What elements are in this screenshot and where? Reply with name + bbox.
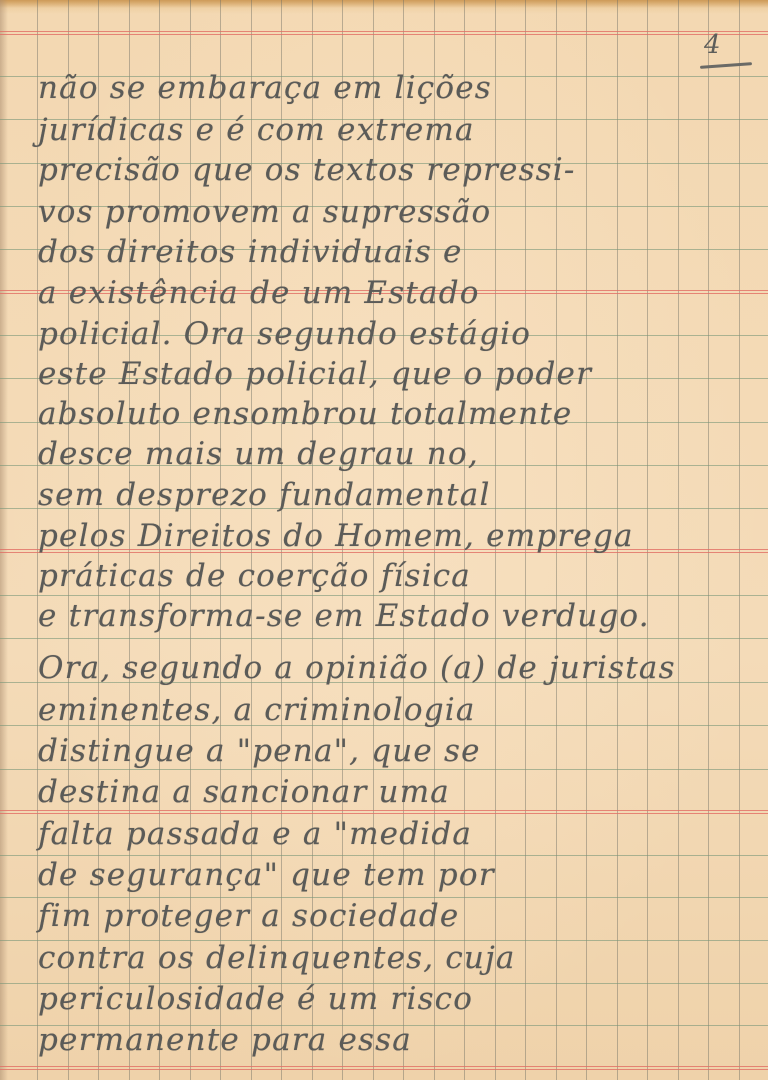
handwritten-line-24: permanente para essa	[38, 1022, 768, 1058]
green-rule	[0, 855, 768, 856]
handwritten-line-15: Ora, segundo a opinião (a) de juristas	[38, 650, 768, 686]
red-double-rule	[0, 31, 768, 35]
handwritten-line-2: jurídicas e é com extrema	[38, 112, 768, 148]
handwritten-line-5: dos direitos individuais e	[38, 234, 768, 270]
paper-edge	[0, 0, 8, 1080]
paper-stain	[0, 0, 768, 8]
handwritten-line-19: falta passada e a "medida	[38, 816, 768, 852]
handwritten-line-12: pelos Direitos do Homem, emprega	[38, 518, 768, 554]
handwritten-line-18: destina a sancionar uma	[38, 774, 768, 810]
handwritten-line-20: de segurança" que tem por	[38, 857, 768, 893]
manuscript-page: 4 não se embaraça em lições jurídicas e …	[0, 0, 768, 1080]
handwritten-line-10: desce mais um degrau no,	[38, 436, 768, 472]
handwritten-line-14: e transforma-se em Estado verdugo.	[38, 598, 768, 634]
handwritten-line-16: eminentes, a criminologia	[38, 692, 768, 728]
red-double-rule	[0, 1066, 768, 1070]
handwritten-line-6: a existência de um Estado	[38, 275, 768, 311]
green-rule	[0, 595, 768, 596]
handwritten-line-4: vos promovem a supressão	[38, 194, 768, 230]
handwritten-line-11: sem desprezo fundamental	[38, 477, 768, 513]
handwritten-line-17: distingue a "pena", que se	[38, 733, 768, 769]
handwritten-line-1: não se embaraça em lições	[38, 70, 768, 106]
green-rule	[0, 769, 768, 770]
handwritten-line-8: este Estado policial, que o poder	[38, 356, 768, 392]
handwritten-line-7: policial. Ora segundo estágio	[38, 316, 768, 352]
red-double-rule	[0, 810, 768, 814]
handwritten-line-13: práticas de coerção física	[38, 558, 768, 594]
handwritten-line-21: fim proteger a sociedade	[38, 898, 768, 934]
handwritten-line-23: periculosidade é um risco	[38, 981, 768, 1017]
page-number: 4	[704, 30, 721, 60]
handwritten-line-3: precisão que os textos repressi-	[38, 152, 768, 188]
green-rule	[0, 638, 768, 639]
handwritten-line-22: contra os delinquentes, cuja	[38, 940, 768, 976]
handwritten-line-9: absoluto ensombrou totalmente	[38, 396, 768, 432]
